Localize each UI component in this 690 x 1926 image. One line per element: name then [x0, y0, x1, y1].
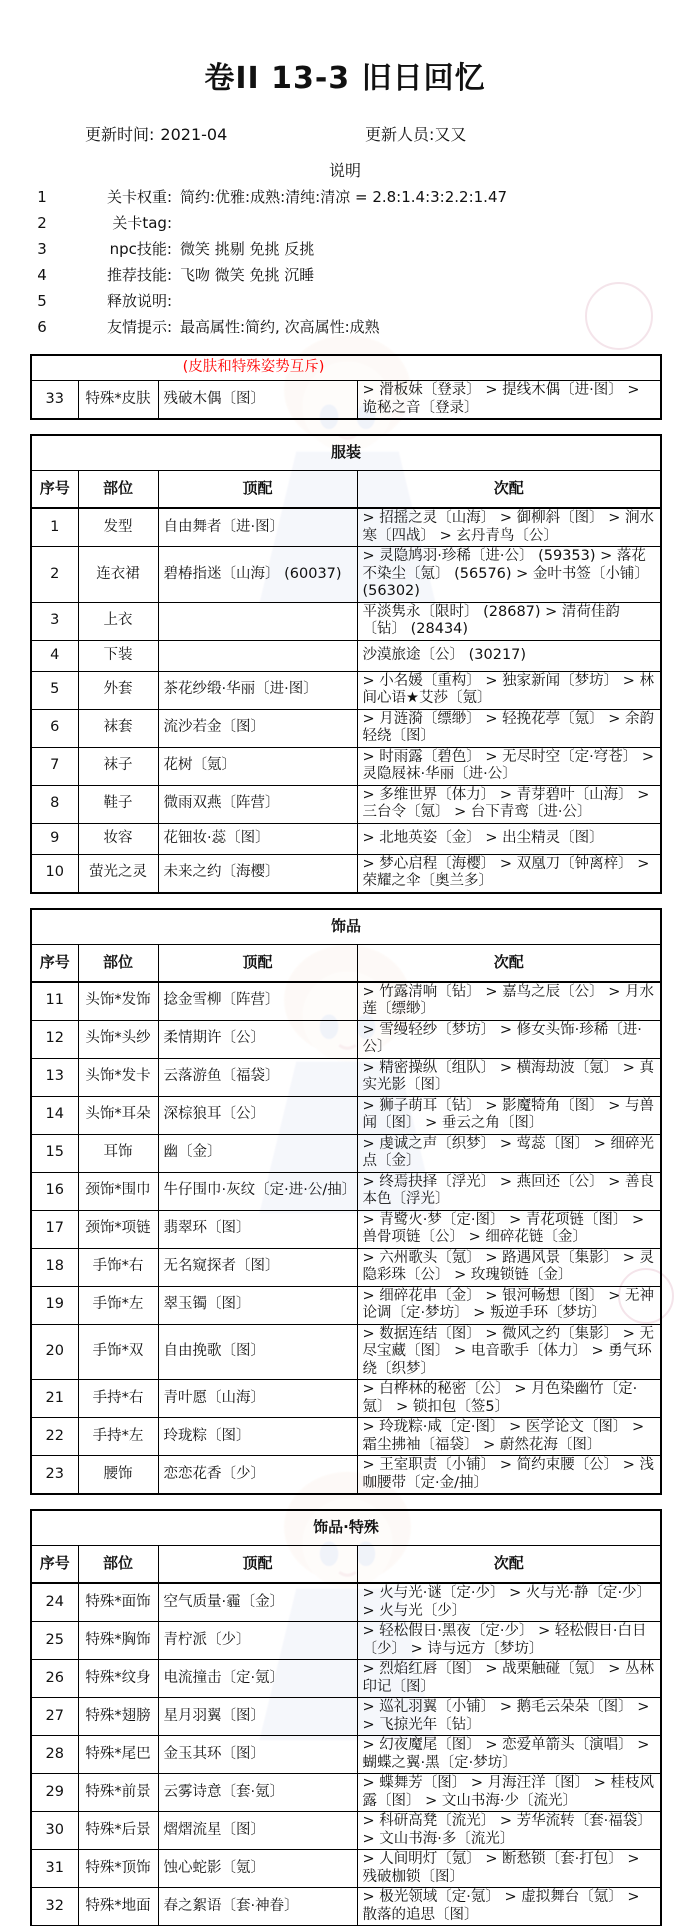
table-row: 28特殊*尾巴金玉其环〔图〕> 幻夜魔尾〔图〕 > 恋爱单箭头〔演唱〕 > 蝴蝶… [31, 1736, 661, 1774]
row-index-cell: 17 [31, 1210, 78, 1248]
note-label: 关卡tag: [54, 210, 172, 236]
update-time: 更新时间:2021-04 [85, 124, 365, 146]
alt-picks-cell: > 精密操纵〔组队〕 > 横海劫波〔氪〕 > 真实光影〔图〕 [357, 1058, 661, 1096]
note-label: npc技能: [54, 236, 172, 262]
alt-picks-cell: > 终焉抉择〔浮光〕 > 燕回还〔公〕 > 善良本色〔浮光〕 [357, 1172, 661, 1210]
table-row: 23腰饰恋恋花香〔少〕> 王室职责〔小铺〕 > 简约束腰〔公〕 > 浅咖腰带〔定… [31, 1456, 661, 1495]
table-row: 30特殊*后景熠熠流星〔图〕> 科研高凳〔流光〕 > 芳华流转〔套·福袋〕 > … [31, 1812, 661, 1850]
top-pick-cell: 春之絮语〔套·神眷〕 [158, 1888, 357, 1926]
slot-cell: 特殊*前景 [78, 1774, 158, 1812]
top-pick-cell: 深棕狼耳〔公〕 [158, 1096, 357, 1134]
alt-picks-cell: > 月涟漪〔缥缈〕 > 轻挽花葶〔氪〕 > 余韵轻绕〔图〕 [357, 709, 661, 747]
table-title-row: 饰品 [31, 909, 661, 945]
alt-picks-cell: > 招摇之灵〔山海〕 > 御柳斜〔图〕 > 涧水寒〔四战〕 > 玄丹青鸟〔公〕 [357, 508, 661, 547]
table-row: 12头饰*头纱柔情期许〔公〕> 雪缦轻纱〔梦坊〕 > 修女头饰·珍稀〔进·公〕 [31, 1020, 661, 1058]
alt-picks-cell: > 人间明灯〔氪〕 > 断愁锁〔套·打包〕 > 残破枷锁〔图〕 [357, 1850, 661, 1888]
alt-picks-cell: > 白桦林的秘密〔公〕 > 月色染幽竹〔定·氪〕 > 锁扣包〔签5〕 [357, 1380, 661, 1418]
column-header: 顶配 [158, 471, 357, 509]
slot-cell: 萤光之灵 [78, 854, 158, 893]
top-pick-cell: 青柠派〔少〕 [158, 1622, 357, 1660]
table-row: 5外套茶花纱缎·华丽〔进·图〕> 小名媛〔重构〕 > 独家新闻〔梦坊〕 > 林间… [31, 671, 661, 709]
note-item: 3npc技能:微笑 挑剔 免挑 反挑 [0, 236, 690, 262]
table-row: 19手饰*左翠玉镯〔图〕> 细碎花串〔金〕 > 银河畅想〔图〕 > 无神论调〔定… [31, 1286, 661, 1324]
table-title: 饰品·特殊 [31, 1510, 661, 1546]
table-row: 8鞋子微雨双燕〔阵营〕> 多维世界〔体力〕 > 青芽碧叶〔山海〕 > 三台令〔氪… [31, 785, 661, 823]
table-header-row: 序号部位顶配次配 [31, 471, 661, 509]
table-row: 6袜套流沙若金〔图〕> 月涟漪〔缥缈〕 > 轻挽花葶〔氪〕 > 余韵轻绕〔图〕 [31, 709, 661, 747]
alt-picks-cell: 沙漠旅途〔公〕 (30217) [357, 640, 661, 671]
table-row: 32特殊*地面春之絮语〔套·神眷〕> 极光领域〔定·氪〕 > 虚拟舞台〔氪〕 >… [31, 1888, 661, 1926]
alt-picks-cell: > 虔诚之声〔织梦〕 > 莺蕊〔图〕 > 细碎光点〔金〕 [357, 1134, 661, 1172]
note-number: 5 [30, 288, 54, 314]
top-pick-cell: 残破木偶〔图〕 [158, 381, 357, 420]
alt-picks-cell: > 灵隐鸠羽·珍稀〔进·公〕 (59353) > 落花不染尘〔氪〕 (56576… [357, 547, 661, 603]
slot-cell: 头饰*发饰 [78, 982, 158, 1021]
row-index-cell: 6 [31, 709, 78, 747]
table-row: 24特殊*面饰空气质量·霾〔金〕> 火与光·谜〔定·少〕 > 火与光·静〔定·少… [31, 1583, 661, 1622]
slot-cell: 手持*右 [78, 1380, 158, 1418]
top-pick-cell: 玲珑粽〔图〕 [158, 1418, 357, 1456]
table-row: 18手饰*右无名窥探者〔图〕> 六州歌头〔氪〕 > 路遇风景〔集影〕 > 灵隐彩… [31, 1248, 661, 1286]
top-pick-cell: 翡翠环〔图〕 [158, 1210, 357, 1248]
table-row: 29特殊*前景云雾诗意〔套·氪〕> 蝶舞芳〔图〕 > 月海汪洋〔图〕 > 桂枝风… [31, 1774, 661, 1812]
table-title: 饰品 [31, 909, 661, 945]
table-row: 13头饰*发卡云落游鱼〔福袋〕> 精密操纵〔组队〕 > 横海劫波〔氪〕 > 真实… [31, 1058, 661, 1096]
slot-cell: 袜套 [78, 709, 158, 747]
note-value: 最高属性:简约, 次高属性:成熟 [180, 314, 380, 340]
note-item: 2关卡tag: [0, 210, 690, 236]
top-pick-cell: 翠玉镯〔图〕 [158, 1286, 357, 1324]
alt-picks-cell: > 玲珑粽·咸〔定·图〕 > 医学论文〔图〕 > 霜尘拂袖〔福袋〕 > 蔚然花海… [357, 1418, 661, 1456]
note-label: 关卡权重: [54, 184, 172, 210]
table-row: 15耳饰幽〔金〕> 虔诚之声〔织梦〕 > 莺蕊〔图〕 > 细碎光点〔金〕 [31, 1134, 661, 1172]
note-number: 6 [30, 314, 54, 340]
table-row: 20手饰*双自由挽歌〔图〕> 数据连结〔图〕 > 微风之约〔集影〕 > 无尽宝藏… [31, 1324, 661, 1380]
slot-cell: 连衣裙 [78, 547, 158, 603]
row-index-cell: 27 [31, 1698, 78, 1736]
table-row: 25特殊*胸饰青柠派〔少〕> 轻松假日·黑夜〔定·少〕 > 轻松假日·白日〔少〕… [31, 1622, 661, 1660]
top-pick-cell: 恋恋花香〔少〕 [158, 1456, 357, 1495]
table-header-row: 序号部位顶配次配 [31, 944, 661, 982]
table-row: 9妆容花钿妆·蕊〔图〕> 北地英姿〔金〕 > 出尘精灵〔图〕 [31, 823, 661, 854]
slot-cell: 下装 [78, 640, 158, 671]
note-number: 4 [30, 262, 54, 288]
note-value: 微笑 挑剔 免挑 反挑 [180, 236, 314, 262]
alt-picks-cell: > 雪缦轻纱〔梦坊〕 > 修女头饰·珍稀〔进·公〕 [357, 1020, 661, 1058]
note-value: 简约:优雅:成熟:清纯:清凉 = 2.8:1.4:3:2.2:1.47 [180, 184, 507, 210]
updater-label: 更新人员: [365, 125, 434, 144]
top-pick-cell: 无名窥探者〔图〕 [158, 1248, 357, 1286]
table-row: 11头饰*发饰捻金雪柳〔阵营〕> 竹露清响〔钻〕 > 嘉鸟之辰〔公〕 > 月水莲… [31, 982, 661, 1021]
slot-cell: 手饰*右 [78, 1248, 158, 1286]
column-header: 次配 [357, 471, 661, 509]
slot-cell: 颈饰*项链 [78, 1210, 158, 1248]
top-pick-cell: 牛仔围巾·灰纹〔定·进·公/抽〕 [158, 1172, 357, 1210]
slot-cell: 耳饰 [78, 1134, 158, 1172]
notes-list: 1关卡权重:简约:优雅:成熟:清纯:清凉 = 2.8:1.4:3:2.2:1.4… [0, 184, 690, 340]
row-index-cell: 11 [31, 982, 78, 1021]
top-pick-cell: 青叶愿〔山海〕 [158, 1380, 357, 1418]
row-index-cell: 23 [31, 1456, 78, 1495]
row-index-cell: 28 [31, 1736, 78, 1774]
slot-cell: 特殊*后景 [78, 1812, 158, 1850]
slot-cell: 手饰*左 [78, 1286, 158, 1324]
row-index-cell: 32 [31, 1888, 78, 1926]
clothing-table: 服装序号部位顶配次配1发型自由舞者〔进·图〕> 招摇之灵〔山海〕 > 御柳斜〔图… [30, 434, 662, 894]
notes-heading: 说明 [0, 160, 690, 182]
top-pick-cell [158, 602, 357, 640]
slot-cell: 特殊*地面 [78, 1888, 158, 1926]
top-pick-cell: 自由舞者〔进·图〕 [158, 508, 357, 547]
table-title: 服装 [31, 435, 661, 471]
column-header: 部位 [78, 944, 158, 982]
slot-cell: 特殊*皮肤 [78, 381, 158, 420]
row-index-cell: 22 [31, 1418, 78, 1456]
guide-sheet: 卷II 13-3 旧日回忆 更新时间:2021-04 更新人员:又又 说明 1关… [0, 0, 690, 1926]
top-pick-cell: 茶花纱缎·华丽〔进·图〕 [158, 671, 357, 709]
alt-picks-cell: > 北地英姿〔金〕 > 出尘精灵〔图〕 [357, 823, 661, 854]
column-header: 序号 [31, 1546, 78, 1584]
table-row: 21手持*右青叶愿〔山海〕> 白桦林的秘密〔公〕 > 月色染幽竹〔定·氪〕 > … [31, 1380, 661, 1418]
alt-picks-cell: > 数据连结〔图〕 > 微风之约〔集影〕 > 无尽宝藏〔图〕 > 电音歌手〔体力… [357, 1324, 661, 1380]
top-pick-cell: 熠熠流星〔图〕 [158, 1812, 357, 1850]
update-time-value: 2021-04 [160, 125, 227, 144]
slot-cell: 特殊*纹身 [78, 1660, 158, 1698]
table-row: 2连衣裙碧椿指迷〔山海〕 (60037)> 灵隐鸠羽·珍稀〔进·公〕 (5935… [31, 547, 661, 603]
row-index-cell: 2 [31, 547, 78, 603]
top-pick-cell: 自由挽歌〔图〕 [158, 1324, 357, 1380]
slot-cell: 特殊*面饰 [78, 1583, 158, 1622]
row-index-cell: 4 [31, 640, 78, 671]
alt-picks-cell: > 梦心启程〔海樱〕 > 双凰刀〔钟离梓〕 > 荣耀之伞〔奥兰多〕 [357, 854, 661, 893]
alt-picks-cell: > 烈焰红唇〔图〕 > 战栗触碰〔氪〕 > 丛林印记〔图〕 [357, 1660, 661, 1698]
page-title: 卷II 13-3 旧日回忆 [0, 0, 690, 98]
top-pick-cell: 幽〔金〕 [158, 1134, 357, 1172]
table-title-row: 服装 [31, 435, 661, 471]
slot-cell: 特殊*胸饰 [78, 1622, 158, 1660]
row-index-cell: 21 [31, 1380, 78, 1418]
table-row: 26特殊*纹身电流撞击〔定·氪〕> 烈焰红唇〔图〕 > 战栗触碰〔氪〕 > 丛林… [31, 1660, 661, 1698]
note-label: 释放说明: [54, 288, 172, 314]
alt-picks-cell: > 滑板妹〔登录〕 > 提线木偶〔进·图〕 > 诡秘之音〔登录〕 [357, 381, 661, 420]
alt-picks-cell: > 蝶舞芳〔图〕 > 月海汪洋〔图〕 > 桂枝风露〔图〕 > 文山书海·少〔流光… [357, 1774, 661, 1812]
row-index-cell: 25 [31, 1622, 78, 1660]
slot-cell: 妆容 [78, 823, 158, 854]
alt-picks-cell: 平淡隽永〔限时〕 (28687) > 清荷佳韵〔钻〕 (28434) [357, 602, 661, 640]
slot-cell: 手持*左 [78, 1418, 158, 1456]
table-note: (皮肤和特殊姿势互斥) [31, 355, 661, 381]
table-row: 10萤光之灵未来之约〔海樱〕> 梦心启程〔海樱〕 > 双凰刀〔钟离梓〕 > 荣耀… [31, 854, 661, 893]
slot-cell: 腰饰 [78, 1456, 158, 1495]
note-label: 推荐技能: [54, 262, 172, 288]
top-pick-cell: 云雾诗意〔套·氪〕 [158, 1774, 357, 1812]
special-accessories-table: 饰品·特殊序号部位顶配次配24特殊*面饰空气质量·霾〔金〕> 火与光·谜〔定·少… [30, 1509, 662, 1926]
table-row: 27特殊*翅膀星月羽翼〔图〕> 巡礼羽翼〔小铺〕 > 鹅毛云朵朵〔图〕 >> 飞… [31, 1698, 661, 1736]
top-pick-cell: 碧椿指迷〔山海〕 (60037) [158, 547, 357, 603]
row-index-cell: 29 [31, 1774, 78, 1812]
column-header: 次配 [357, 944, 661, 982]
top-pick-cell: 云落游鱼〔福袋〕 [158, 1058, 357, 1096]
slot-cell: 袜子 [78, 747, 158, 785]
top-pick-cell [158, 640, 357, 671]
slot-cell: 颈饰*围巾 [78, 1172, 158, 1210]
top-pick-cell: 微雨双燕〔阵营〕 [158, 785, 357, 823]
table-row: 17颈饰*项链翡翠环〔图〕> 青鹭火·梦〔定·图〕 > 青花项链〔图〕 > 兽骨… [31, 1210, 661, 1248]
top-pick-cell: 流沙若金〔图〕 [158, 709, 357, 747]
row-index-cell: 20 [31, 1324, 78, 1380]
note-value: 飞吻 微笑 免挑 沉睡 [180, 262, 314, 288]
row-index-cell: 14 [31, 1096, 78, 1134]
table-row: 22手持*左玲珑粽〔图〕> 玲珑粽·咸〔定·图〕 > 医学论文〔图〕 > 霜尘拂… [31, 1418, 661, 1456]
table-header-row: 序号部位顶配次配 [31, 1546, 661, 1584]
alt-picks-cell: > 极光领域〔定·氪〕 > 虚拟舞台〔氪〕 > 散落的追思〔图〕 [357, 1888, 661, 1926]
top-pick-cell: 蚀心蛇影〔氪〕 [158, 1850, 357, 1888]
updater: 更新人员:又又 [365, 124, 466, 146]
table-row: 4下装沙漠旅途〔公〕 (30217) [31, 640, 661, 671]
slot-cell: 发型 [78, 508, 158, 547]
row-index-cell: 3 [31, 602, 78, 640]
alt-picks-cell: > 王室职责〔小铺〕 > 简约束腰〔公〕 > 浅咖腰带〔定·金/抽〕 [357, 1456, 661, 1495]
row-index-cell: 12 [31, 1020, 78, 1058]
skin-table: (皮肤和特殊姿势互斥)33特殊*皮肤残破木偶〔图〕> 滑板妹〔登录〕 > 提线木… [30, 354, 662, 420]
alt-picks-cell: > 时雨露〔碧色〕 > 无尽时空〔定·穹苍〕 > 灵隐屐袜·华丽〔进·公〕 [357, 747, 661, 785]
row-index-cell: 15 [31, 1134, 78, 1172]
column-header: 部位 [78, 1546, 158, 1584]
column-header: 顶配 [158, 1546, 357, 1584]
alt-picks-cell: > 竹露清响〔钻〕 > 嘉鸟之辰〔公〕 > 月水莲〔缥缈〕 [357, 982, 661, 1021]
top-pick-cell: 星月羽翼〔图〕 [158, 1698, 357, 1736]
row-index-cell: 18 [31, 1248, 78, 1286]
slot-cell: 头饰*耳朵 [78, 1096, 158, 1134]
row-index-cell: 33 [31, 381, 78, 420]
slot-cell: 特殊*顶饰 [78, 1850, 158, 1888]
table-row: 3上衣平淡隽永〔限时〕 (28687) > 清荷佳韵〔钻〕 (28434) [31, 602, 661, 640]
row-index-cell: 16 [31, 1172, 78, 1210]
table-row: 31特殊*顶饰蚀心蛇影〔氪〕> 人间明灯〔氪〕 > 断愁锁〔套·打包〕 > 残破… [31, 1850, 661, 1888]
row-index-cell: 19 [31, 1286, 78, 1324]
note-item: 5释放说明: [0, 288, 690, 314]
top-pick-cell: 捻金雪柳〔阵营〕 [158, 982, 357, 1021]
table-row: 16颈饰*围巾牛仔围巾·灰纹〔定·进·公/抽〕> 终焉抉择〔浮光〕 > 燕回还〔… [31, 1172, 661, 1210]
row-index-cell: 5 [31, 671, 78, 709]
row-index-cell: 9 [31, 823, 78, 854]
note-number: 2 [30, 210, 54, 236]
note-label: 友情提示: [54, 314, 172, 340]
note-number: 1 [30, 184, 54, 210]
slot-cell: 特殊*翅膀 [78, 1698, 158, 1736]
alt-picks-cell: > 狮子萌耳〔钻〕 > 影魔犄角〔图〕 > 与兽闻〔图〕 > 垂云之角〔图〕 [357, 1096, 661, 1134]
alt-picks-cell: > 火与光·谜〔定·少〕 > 火与光·静〔定·少〕 > 火与光〔少〕 [357, 1583, 661, 1622]
alt-picks-cell: > 轻松假日·黑夜〔定·少〕 > 轻松假日·白日〔少〕 > 诗与远方〔梦坊〕 [357, 1622, 661, 1660]
top-pick-cell: 未来之约〔海樱〕 [158, 854, 357, 893]
table-row: 1发型自由舞者〔进·图〕> 招摇之灵〔山海〕 > 御柳斜〔图〕 > 涧水寒〔四战… [31, 508, 661, 547]
alt-picks-cell: > 六州歌头〔氪〕 > 路遇风景〔集影〕 > 灵隐彩珠〔公〕 > 玫瑰锁链〔金〕 [357, 1248, 661, 1286]
top-pick-cell: 空气质量·霾〔金〕 [158, 1583, 357, 1622]
alt-picks-cell: > 小名媛〔重构〕 > 独家新闻〔梦坊〕 > 林间心语★艾莎〔氪〕 [357, 671, 661, 709]
top-pick-cell: 花钿妆·蕊〔图〕 [158, 823, 357, 854]
column-header: 顶配 [158, 944, 357, 982]
slot-cell: 头饰*头纱 [78, 1020, 158, 1058]
slot-cell: 头饰*发卡 [78, 1058, 158, 1096]
note-number: 3 [30, 236, 54, 262]
alt-picks-cell: > 细碎花串〔金〕 > 银河畅想〔图〕 > 无神论调〔定·梦坊〕 > 叛逆手环〔… [357, 1286, 661, 1324]
row-index-cell: 13 [31, 1058, 78, 1096]
row-index-cell: 31 [31, 1850, 78, 1888]
column-header: 序号 [31, 471, 78, 509]
top-pick-cell: 电流撞击〔定·氪〕 [158, 1660, 357, 1698]
row-index-cell: 26 [31, 1660, 78, 1698]
note-item: 6友情提示:最高属性:简约, 次高属性:成熟 [0, 314, 690, 340]
table-row: 7袜子花树〔氪〕> 时雨露〔碧色〕 > 无尽时空〔定·穹苍〕 > 灵隐屐袜·华丽… [31, 747, 661, 785]
note-item: 4推荐技能:飞吻 微笑 免挑 沉睡 [0, 262, 690, 288]
top-pick-cell: 柔情期许〔公〕 [158, 1020, 357, 1058]
row-index-cell: 30 [31, 1812, 78, 1850]
column-header: 部位 [78, 471, 158, 509]
alt-picks-cell: > 巡礼羽翼〔小铺〕 > 鹅毛云朵朵〔图〕 >> 飞掠光年〔钻〕 [357, 1698, 661, 1736]
row-index-cell: 10 [31, 854, 78, 893]
column-header: 次配 [357, 1546, 661, 1584]
top-pick-cell: 金玉其环〔图〕 [158, 1736, 357, 1774]
alt-picks-cell: > 幻夜魔尾〔图〕 > 恋爱单箭头〔演唱〕 > 蝴蝶之翼·黑〔定·梦坊〕 [357, 1736, 661, 1774]
sheet-content: 卷II 13-3 旧日回忆 更新时间:2021-04 更新人员:又又 说明 1关… [0, 0, 690, 1926]
accessories-table: 饰品序号部位顶配次配11头饰*发饰捻金雪柳〔阵营〕> 竹露清响〔钻〕 > 嘉鸟之… [30, 908, 662, 1496]
column-header: 序号 [31, 944, 78, 982]
table-row: 14头饰*耳朵深棕狼耳〔公〕> 狮子萌耳〔钻〕 > 影魔犄角〔图〕 > 与兽闻〔… [31, 1096, 661, 1134]
slot-cell: 特殊*尾巴 [78, 1736, 158, 1774]
row-index-cell: 8 [31, 785, 78, 823]
slot-cell: 上衣 [78, 602, 158, 640]
slot-cell: 鞋子 [78, 785, 158, 823]
slot-cell: 手饰*双 [78, 1324, 158, 1380]
meta-row: 更新时间:2021-04 更新人员:又又 [85, 124, 690, 146]
alt-picks-cell: > 多维世界〔体力〕 > 青芽碧叶〔山海〕 > 三台令〔氪〕 > 台下青鸾〔进·… [357, 785, 661, 823]
table-note-row: (皮肤和特殊姿势互斥) [31, 355, 661, 381]
alt-picks-cell: > 青鹭火·梦〔定·图〕 > 青花项链〔图〕 > 兽骨项链〔公〕 > 细碎花链〔… [357, 1210, 661, 1248]
row-index-cell: 1 [31, 508, 78, 547]
table-row: 33特殊*皮肤残破木偶〔图〕> 滑板妹〔登录〕 > 提线木偶〔进·图〕 > 诡秘… [31, 381, 661, 420]
slot-cell: 外套 [78, 671, 158, 709]
row-index-cell: 7 [31, 747, 78, 785]
row-index-cell: 24 [31, 1583, 78, 1622]
update-time-label: 更新时间: [85, 125, 154, 144]
top-pick-cell: 花树〔氪〕 [158, 747, 357, 785]
updater-value: 又又 [434, 125, 466, 144]
alt-picks-cell: > 科研高凳〔流光〕 > 芳华流转〔套·福袋〕 > 文山书海·多〔流光〕 [357, 1812, 661, 1850]
note-item: 1关卡权重:简约:优雅:成熟:清纯:清凉 = 2.8:1.4:3:2.2:1.4… [0, 184, 690, 210]
table-title-row: 饰品·特殊 [31, 1510, 661, 1546]
